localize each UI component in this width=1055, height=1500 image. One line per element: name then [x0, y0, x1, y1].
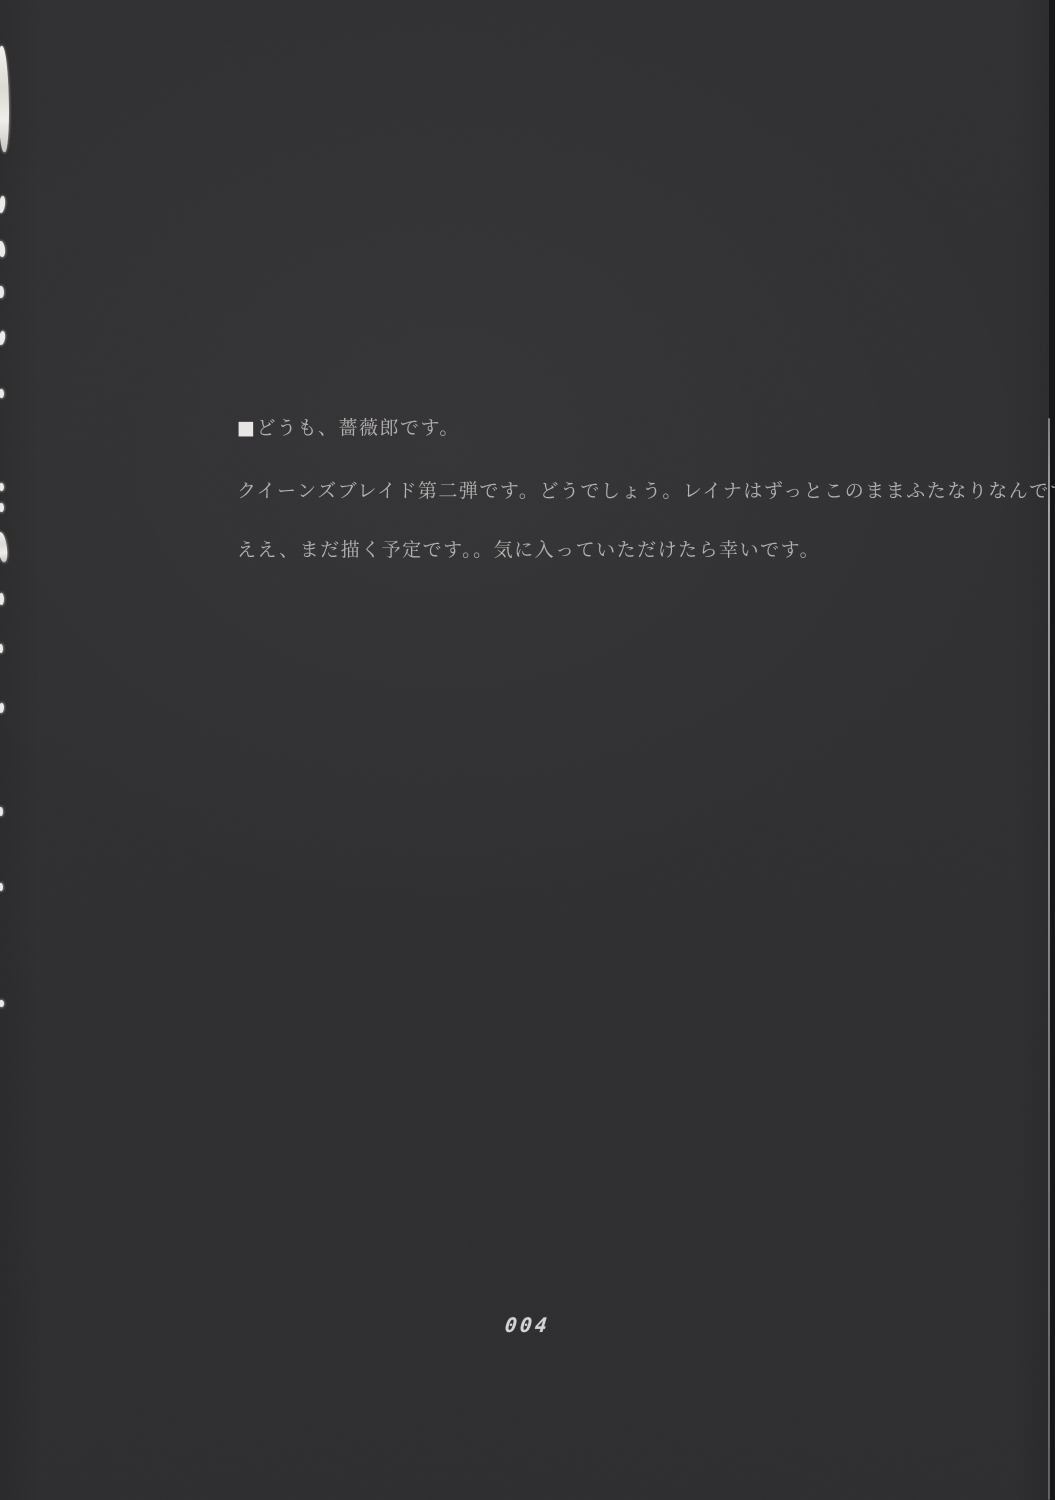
- paper-tear-mark: [0, 46, 9, 152]
- afterword-line-1-text: どうも、薔薇郎です。: [256, 417, 459, 439]
- section-bullet: ■: [237, 417, 256, 439]
- paper-tear-mark: [0, 883, 3, 891]
- paper-tear-mark: [0, 196, 6, 214]
- paper-tear-mark: [0, 644, 3, 653]
- afterword-line-2: クイーンズブレイド第二弾です。どうでしょう。レイナはずっとこのままふたなりなんで…: [237, 476, 1055, 503]
- paper-grain-texture: [0, 0, 1055, 1500]
- paper-tear-mark: [0, 593, 4, 605]
- paper-tear-mark: [0, 286, 4, 298]
- scanned-page: ■どうも、薔薇郎です。 クイーンズブレイド第二弾です。どうでしょう。レイナはずっ…: [0, 0, 1055, 1500]
- paper-tear-mark: [0, 331, 6, 346]
- afterword-line-1: ■どうも、薔薇郎です。: [237, 413, 460, 440]
- page-number: 004: [0, 1313, 1055, 1337]
- paper-tear-mark: [0, 389, 4, 398]
- paper-tear-mark: [0, 503, 4, 512]
- afterword-line-3: ええ、まだ描く予定です。。気に入っていただけたら幸いです。: [237, 535, 820, 562]
- paper-tear-mark: [0, 807, 3, 816]
- paper-tear-mark: [0, 703, 5, 713]
- paper-tear-mark: [0, 483, 4, 491]
- paper-tear-mark: [0, 532, 8, 563]
- paper-tear-mark: [0, 1000, 4, 1007]
- paper-tear-mark: [0, 241, 6, 258]
- page-right-edge-highlight: [1048, 418, 1050, 1500]
